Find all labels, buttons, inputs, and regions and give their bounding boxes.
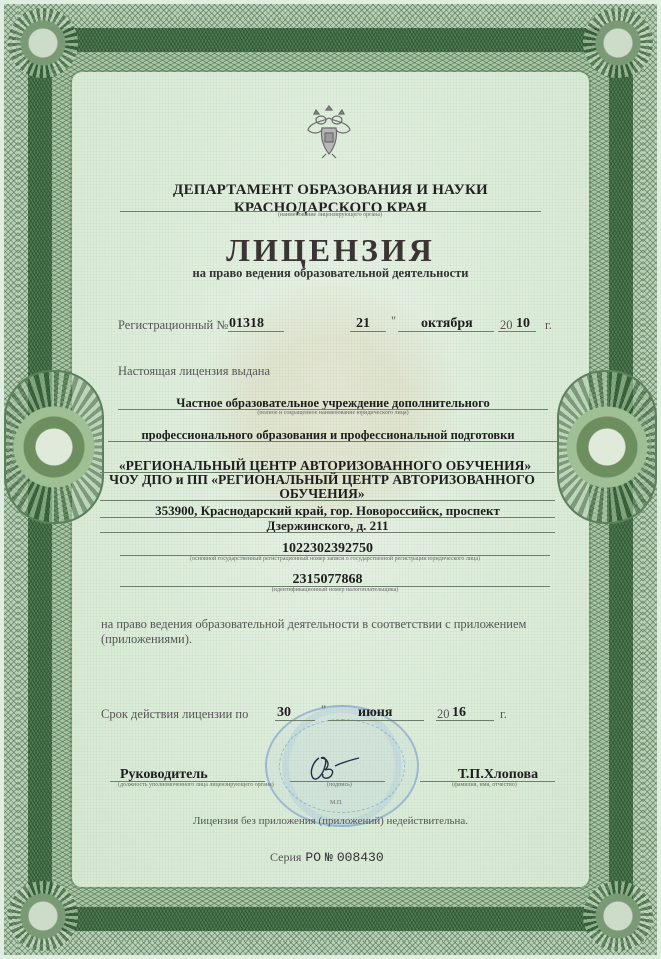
registration-label: Регистрационный № <box>118 318 228 333</box>
validity-month: июня <box>358 705 392 721</box>
registration-year-suffix: 10 <box>516 316 530 332</box>
name-caption: (фамилия, имя, отчество) <box>452 782 517 788</box>
issued-to-label: Настоящая лицензия выдана <box>118 364 270 379</box>
scope-text-line-2: (приложениями). <box>101 632 192 647</box>
document-subtitle: на право ведения образовательной деятель… <box>120 266 541 281</box>
validity-day-underline <box>275 720 315 721</box>
licensee-line-2-underline <box>108 441 558 442</box>
blank-number: 008430 <box>337 850 384 865</box>
registration-month-underline <box>398 331 494 332</box>
series-label: Серия <box>270 850 301 864</box>
registration-month: октября <box>421 316 473 332</box>
quote-mark: " <box>321 703 326 718</box>
validity-day: 30 <box>277 705 291 721</box>
registration-day-underline <box>350 331 386 332</box>
quote-mark: " <box>391 314 396 329</box>
signature-caption: (подпись) <box>327 782 352 788</box>
inn-caption: (идентификационный номер налогоплательщи… <box>120 587 550 593</box>
validity-year-unit: г. <box>500 707 507 722</box>
seal-caption: М.П. <box>330 800 343 806</box>
russian-coat-of-arms-icon <box>304 100 354 160</box>
registration-year-underline <box>498 331 536 332</box>
invalid-without-appendix-note: Лицензия без приложения (приложений) нед… <box>120 815 541 827</box>
document-title: ЛИЦЕНЗИЯ <box>120 232 541 269</box>
licensee-caption: (полное и сокращенное наименование юриди… <box>118 410 548 416</box>
registration-year-unit: г. <box>545 318 552 333</box>
number-sign: № <box>325 850 333 865</box>
registration-day: 21 <box>356 316 370 332</box>
registration-number: 01318 <box>229 316 264 332</box>
issuer-caption: (наименование лицензирующего органа) <box>230 212 430 218</box>
scope-text-line-1: на право ведения образовательной деятель… <box>101 617 526 632</box>
licensee-short-name-underline <box>100 500 555 501</box>
validity-year-underline <box>436 720 494 721</box>
blank-series: Серия РО № 008430 <box>270 848 384 866</box>
series-code: РО <box>305 850 321 865</box>
registration-number-underline <box>228 331 284 332</box>
validity-month-underline <box>328 720 424 721</box>
issuer-line-1: ДЕПАРТАМЕНТ ОБРАЗОВАНИЯ И НАУКИ <box>120 181 541 199</box>
address-line-2-underline <box>100 532 555 533</box>
ogrn-caption: (основной государственный регистрационны… <box>120 556 550 562</box>
validity-year-suffix: 16 <box>452 705 466 721</box>
license-document: ДЕПАРТАМЕНТ ОБРАЗОВАНИЯ И НАУКИ КРАСНОДА… <box>0 0 661 959</box>
validity-label: Срок действия лицензии по <box>101 707 248 722</box>
position-caption: (должность уполномоченного лица лицензир… <box>118 782 274 788</box>
